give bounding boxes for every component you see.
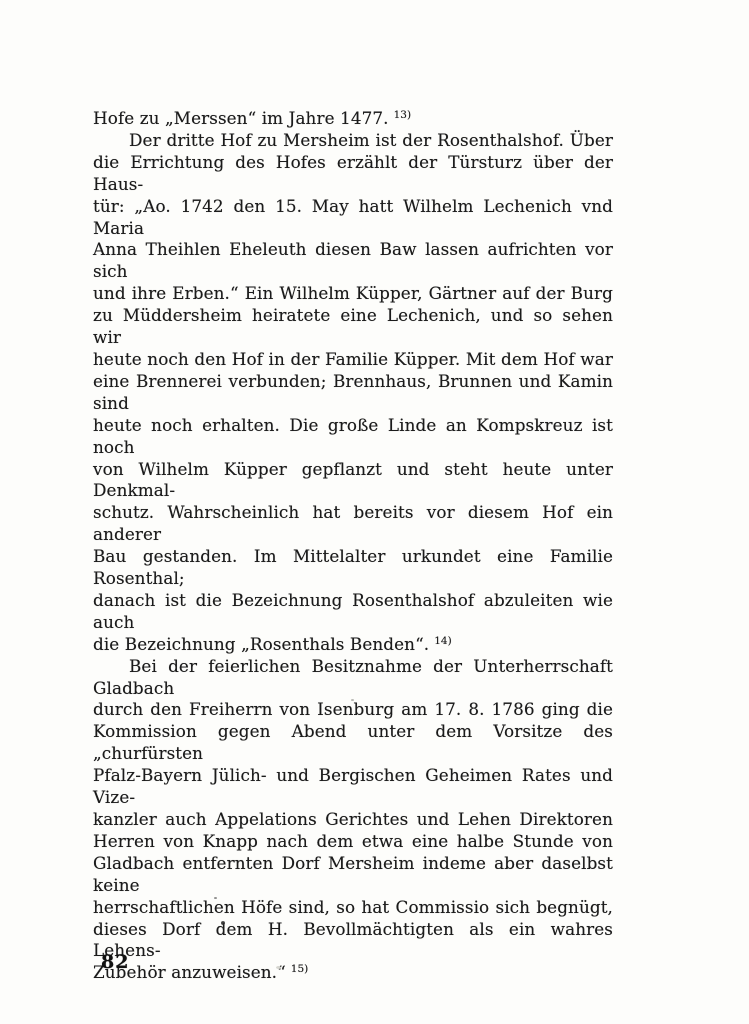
text-line-content: kanzler auch Appelations Gerichtes und L… bbox=[93, 809, 613, 829]
text-line-content: Anna Theihlen Eheleuth diesen Baw lassen… bbox=[93, 239, 613, 281]
text-line-content: Bau gestanden. Im Mittelalter urkundet e… bbox=[93, 546, 613, 588]
scan-speck bbox=[276, 966, 281, 969]
scan-speck bbox=[214, 897, 217, 899]
text-line-content: Bei der feierlichen Besitznahme der Unte… bbox=[93, 656, 613, 698]
text-line-content: heute noch den Hof in der Familie Küpper… bbox=[93, 349, 613, 369]
text-line-content: Pfalz-Bayern Jülich- und Bergischen Gehe… bbox=[93, 765, 613, 807]
text-line-content: von Wilhelm Küpper gepflanzt und steht h… bbox=[93, 459, 613, 501]
text-line: dieses Dorf dem H. Bevollmächtigten als … bbox=[93, 919, 613, 963]
text-line: Kommission gegen Abend unter dem Vorsitz… bbox=[93, 721, 613, 765]
text-line: Herren von Knapp nach dem etwa eine halb… bbox=[93, 831, 613, 853]
text-line-content: die Errichtung des Hofes erzählt der Tür… bbox=[93, 152, 613, 194]
scan-speck bbox=[221, 921, 225, 925]
scan-speck bbox=[351, 699, 354, 701]
text-line: Gladbach entfernten Dorf Mersheim indeme… bbox=[93, 853, 613, 897]
text-line: schutz. Wahrscheinlich hat bereits vor d… bbox=[93, 502, 613, 546]
text-line-content: heute noch erhalten. Die große Linde an … bbox=[93, 415, 613, 457]
text-line-content: die Bezeichnung „Rosenthals Benden“. bbox=[93, 634, 429, 654]
page-number: 82 bbox=[101, 951, 129, 973]
text-line: herrschaftlichen Höfe sind, so hat Commi… bbox=[93, 897, 613, 919]
text-line: danach ist die Bezeichnung Rosenthalshof… bbox=[93, 590, 613, 634]
text-line: Pfalz-Bayern Jülich- und Bergischen Gehe… bbox=[93, 765, 613, 809]
text-line-content: schutz. Wahrscheinlich hat bereits vor d… bbox=[93, 502, 613, 544]
text-line-content: durch den Freiherrn von Isenburg am 17. … bbox=[93, 699, 613, 719]
text-line: heute noch erhalten. Die große Linde an … bbox=[93, 415, 613, 459]
text-line: Hofe zu „Merssen“ im Jahre 1477.13) bbox=[93, 108, 613, 130]
text-line: von Wilhelm Küpper gepflanzt und steht h… bbox=[93, 459, 613, 503]
text-line: Anna Theihlen Eheleuth diesen Baw lassen… bbox=[93, 239, 613, 283]
text-line: Zubehör anzuweisen.“15) bbox=[93, 962, 613, 984]
text-line: eine Brennerei verbunden; Brennhaus, Bru… bbox=[93, 371, 613, 415]
text-line-content: Kommission gegen Abend unter dem Vorsitz… bbox=[93, 721, 613, 763]
text-line-content: Der dritte Hof zu Mersheim ist der Rosen… bbox=[129, 130, 613, 150]
footnote-marker: 14) bbox=[434, 635, 451, 647]
text-line: und ihre Erben.“ Ein Wilhelm Küpper, Gär… bbox=[93, 283, 613, 305]
text-line-content: Gladbach entfernten Dorf Mersheim indeme… bbox=[93, 853, 613, 895]
text-line: tür: „Ao. 1742 den 15. May hatt Wilhelm … bbox=[93, 196, 613, 240]
text-line: die Bezeichnung „Rosenthals Benden“.14) bbox=[93, 634, 613, 656]
text-line: Bau gestanden. Im Mittelalter urkundet e… bbox=[93, 546, 613, 590]
text-line: durch den Freiherrn von Isenburg am 17. … bbox=[93, 699, 613, 721]
text-line-content: Hofe zu „Merssen“ im Jahre 1477. bbox=[93, 108, 389, 128]
text-line: kanzler auch Appelations Gerichtes und L… bbox=[93, 809, 613, 831]
footnote-marker: 15) bbox=[291, 963, 308, 975]
text-line-content: und ihre Erben.“ Ein Wilhelm Küpper, Gär… bbox=[93, 283, 613, 303]
text-line-content: zu Müddersheim heiratete eine Lechenich,… bbox=[93, 305, 613, 347]
text-line-content: tür: „Ao. 1742 den 15. May hatt Wilhelm … bbox=[93, 196, 613, 238]
text-line-content: danach ist die Bezeichnung Rosenthalshof… bbox=[93, 590, 613, 632]
text-line: Der dritte Hof zu Mersheim ist der Rosen… bbox=[93, 130, 613, 152]
footnote-marker: 13) bbox=[394, 109, 411, 121]
text-line-content: eine Brennerei verbunden; Brennhaus, Bru… bbox=[93, 371, 613, 413]
text-line-content: dieses Dorf dem H. Bevollmächtigten als … bbox=[93, 919, 613, 961]
text-line-content: Herren von Knapp nach dem etwa eine halb… bbox=[93, 831, 613, 851]
text-line: Bei der feierlichen Besitznahme der Unte… bbox=[93, 656, 613, 700]
text-line: zu Müddersheim heiratete eine Lechenich,… bbox=[93, 305, 613, 349]
text-line: heute noch den Hof in der Familie Küpper… bbox=[93, 349, 613, 371]
body-text: Hofe zu „Merssen“ im Jahre 1477.13) Der … bbox=[93, 108, 613, 984]
text-line: die Errichtung des Hofes erzählt der Tür… bbox=[93, 152, 613, 196]
book-page: Hofe zu „Merssen“ im Jahre 1477.13) Der … bbox=[0, 0, 749, 1024]
text-line-content: herrschaftlichen Höfe sind, so hat Commi… bbox=[93, 897, 613, 917]
